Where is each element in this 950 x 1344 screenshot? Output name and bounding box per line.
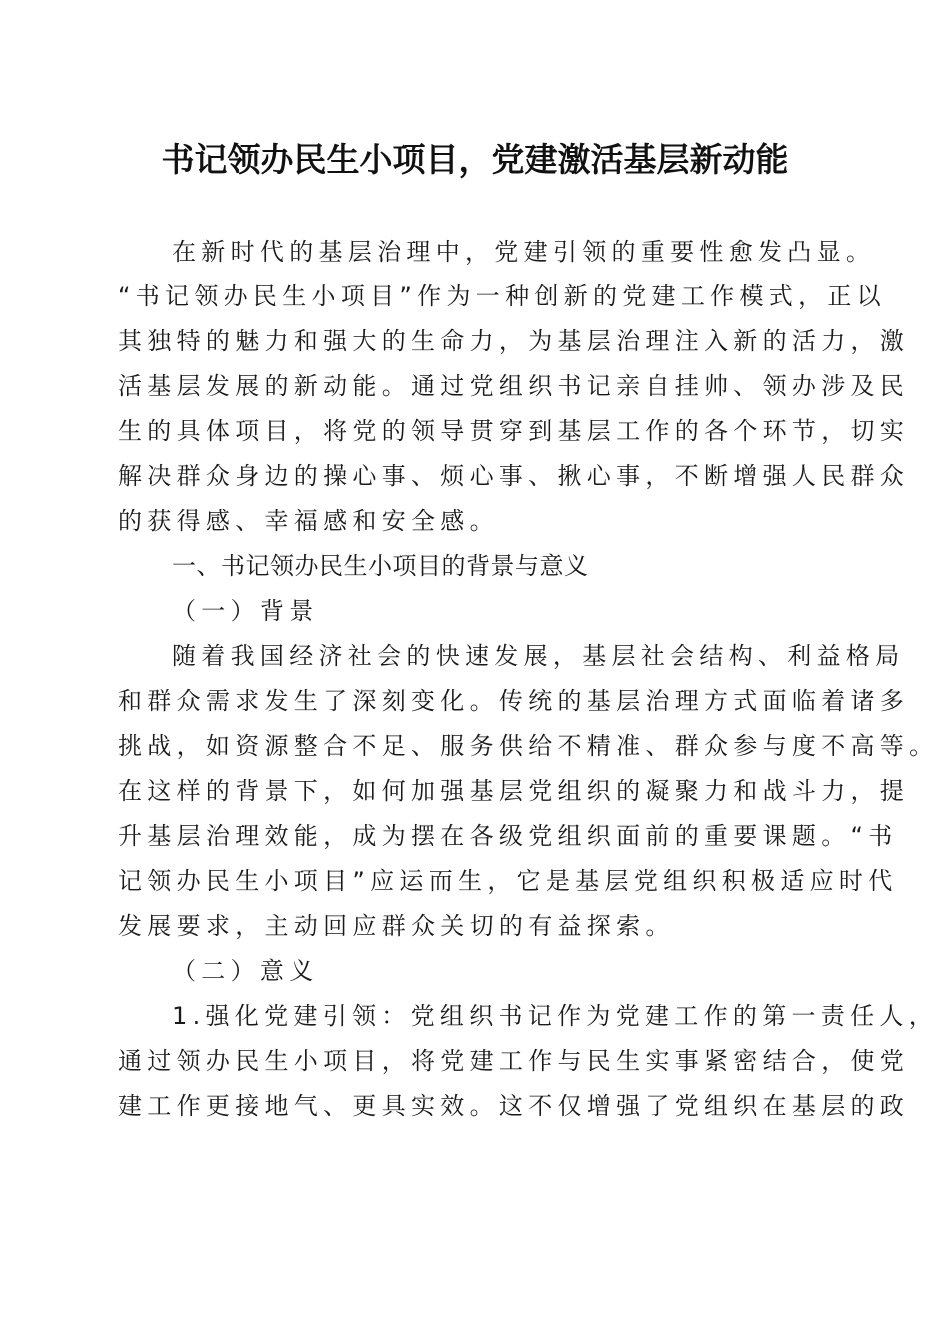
- paragraph-line: 其独特的魅力和强大的生命力，为基层治理注入新的活力，激: [118, 319, 838, 363]
- paragraph-line: 活基层发展的新动能。通过党组织书记亲自挂帅、领办涉及民: [118, 364, 838, 408]
- paragraph-line: 记领办民生小项目”应运而生，它是基层党组织积极适应时代: [118, 859, 838, 903]
- paragraph-line: 和群众需求发生了深刻变化。传统的基层治理方式面临着诸多: [118, 679, 838, 723]
- document-title: 书记领办民生小项目，党建激活基层新动能: [0, 136, 950, 184]
- paragraph-line: 生的具体项目，将党的领导贯穿到基层工作的各个环节，切实: [118, 409, 838, 453]
- paragraph-line: 发展要求，主动回应群众关切的有益探索。: [118, 904, 838, 948]
- subsection-heading: （一）背景: [172, 589, 892, 633]
- document-page: 书记领办民生小项目，党建激活基层新动能 在新时代的基层治理中，党建引领的重要性愈…: [0, 0, 950, 1344]
- paragraph-line: 的获得感、幸福感和安全感。: [118, 499, 838, 543]
- paragraph-line: 解决群众身边的操心事、烦心事、揪心事，不断增强人民群众: [118, 454, 838, 498]
- paragraph-line: 在新时代的基层治理中，党建引领的重要性愈发凸显。: [172, 230, 892, 274]
- paragraph-line: 挑战，如资源整合不足、服务供给不精准、群众参与度不高等。: [118, 724, 838, 768]
- subsection-heading: （二）意义: [172, 949, 892, 993]
- paragraph-line: 1.强化党建引领：党组织书记作为党建工作的第一责任人，: [172, 994, 892, 1038]
- paragraph-line: 升基层治理效能，成为摆在各级党组织面前的重要课题。“书: [118, 814, 838, 858]
- paragraph-line: “书记领办民生小项目”作为一种创新的党建工作模式，正以: [118, 274, 838, 318]
- paragraph-line: 在这样的背景下，如何加强基层党组织的凝聚力和战斗力，提: [118, 769, 838, 813]
- section-heading: 一、书记领办民生小项目的背景与意义: [172, 544, 892, 588]
- paragraph-line: 通过领办民生小项目，将党建工作与民生实事紧密结合，使党: [118, 1039, 838, 1083]
- paragraph-line: 随着我国经济社会的快速发展，基层社会结构、利益格局: [172, 634, 892, 678]
- paragraph-line: 建工作更接地气、更具实效。这不仅增强了党组织在基层的政: [118, 1084, 838, 1128]
